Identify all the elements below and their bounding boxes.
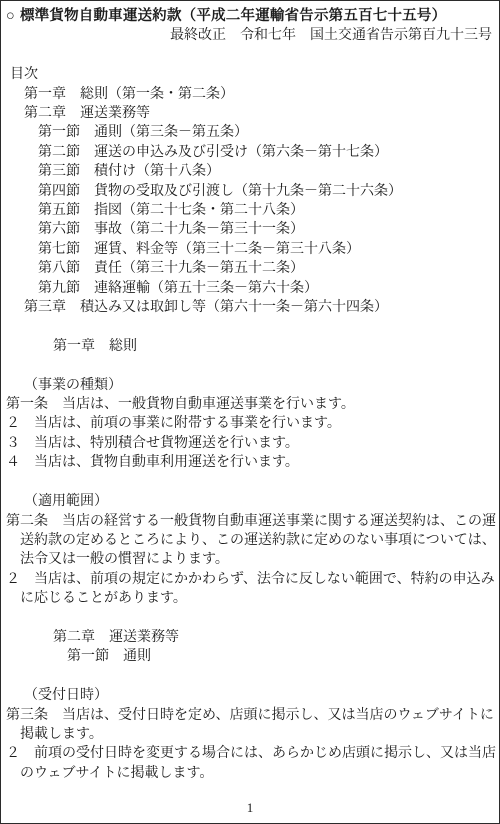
toc-item: 第七節 運賃、料金等（第三十二条－第三十八条）: [38, 240, 499, 259]
text-line: 第二章 運送業務等: [53, 628, 499, 647]
text-line: 第一節 通則: [67, 647, 499, 666]
title-text: 標準貨物自動車運送約款（平成二年運輸省告示第五百七十五号）: [20, 8, 446, 24]
paragraph: ２ 当店は、前項の規定にかかわらず、法令に反しない範囲で、特約の申込みに応じるこ…: [6, 570, 499, 609]
title-circle-marker: ○: [6, 7, 15, 26]
toc-item: 第三節 積付け（第十八条）: [38, 162, 499, 181]
text-line: （適用範囲）: [24, 492, 499, 511]
caption: （事業の種類）: [6, 376, 499, 395]
text-line: （受付日時）: [24, 686, 499, 705]
paragraph: ３ 当店は、特別積合せ貨物運送を行います。: [6, 434, 499, 453]
page-number: 1: [1, 798, 499, 817]
chapter-heading: 第一章 総則: [6, 337, 499, 356]
text-line: 第二条 当店の経営する一般貨物自動車運送事業に関する運送契約は、この運: [6, 512, 499, 531]
text-line: ３ 当店は、特別積合せ貨物運送を行います。: [6, 434, 499, 453]
document-title: ○標準貨物自動車運送約款（平成二年運輸省告示第五百七十五号）: [6, 7, 499, 26]
article: 第二条 当店の経営する一般貨物自動車運送事業に関する運送契約は、この運送約款の定…: [6, 512, 499, 570]
toc-item: 第二節 運送の申込み及び引受け（第六条－第十七条）: [38, 143, 499, 162]
toc-item: 第三章 積込み又は取卸し等（第六十一条－第六十四条）: [24, 298, 499, 317]
text-line: ４ 当店は、貨物自動車利用運送を行います。: [6, 453, 499, 472]
caption: （受付日時）: [6, 686, 499, 705]
document-body: 第一章 総則（事業の種類）第一条 当店は、一般貨物自動車運送事業を行います。２ …: [6, 337, 499, 783]
toc-items: 第一章 総則（第一条・第二条）第二章 運送業務等第一節 通則（第三条－第五条）第…: [6, 85, 499, 318]
text-line: に応じることがあります。: [20, 589, 499, 608]
toc-item: 第四節 貨物の受取及び引渡し（第十九条－第二十六条）: [38, 182, 499, 201]
document-page: ○標準貨物自動車運送約款（平成二年運輸省告示第五百七十五号） 最終改正 令和七年…: [0, 0, 500, 824]
toc-item: 第二章 運送業務等: [24, 104, 499, 123]
text-line: 第一章 総則: [53, 337, 499, 356]
text-line: ２ 当店は、前項の規定にかかわらず、法令に反しない範囲で、特約の申込み: [6, 570, 499, 589]
toc-item: 第一節 通則（第三条－第五条）: [38, 123, 499, 142]
toc-heading: 目次: [10, 65, 499, 84]
toc-item: 第五節 指図（第二十七条・第二十八条）: [38, 201, 499, 220]
toc-item: 第八節 責任（第三十九条－第五十二条）: [38, 259, 499, 278]
table-of-contents: 目次 第一章 総則（第一条・第二条）第二章 運送業務等第一節 通則（第三条－第五…: [6, 65, 499, 317]
toc-item: 第九節 連絡運輸（第五十三条－第六十条）: [38, 279, 499, 298]
section-heading: 第一節 通則: [6, 647, 499, 666]
text-line: のウェブサイトに掲載します。: [20, 764, 499, 783]
text-line: ２ 前項の受付日時を変更する場合には、あらかじめ店頭に掲示し、又は当店: [6, 744, 499, 763]
paragraph: ２ 当店は、前項の事業に附帯する事業を行います。: [6, 414, 499, 433]
text-line: 掲載します。: [20, 725, 499, 744]
article: 第一条 当店は、一般貨物自動車運送事業を行います。: [6, 395, 499, 414]
text-line: （事業の種類）: [24, 376, 499, 395]
revision-note: 最終改正 令和七年 国土交通省告示第百九十三号: [6, 26, 499, 45]
article: 第三条 当店は、受付日時を定め、店頭に掲示し、又は当店のウェブサイトに掲載します…: [6, 706, 499, 745]
text-line: 法令又は一般の慣習によります。: [20, 550, 499, 569]
caption: （適用範囲）: [6, 492, 499, 511]
text-line: 第三条 当店は、受付日時を定め、店頭に掲示し、又は当店のウェブサイトに: [6, 706, 499, 725]
paragraph: ４ 当店は、貨物自動車利用運送を行います。: [6, 453, 499, 472]
text-line: ２ 当店は、前項の事業に附帯する事業を行います。: [6, 414, 499, 433]
chapter-heading: 第二章 運送業務等: [6, 628, 499, 647]
toc-item: 第六節 事故（第二十九条－第三十一条）: [38, 220, 499, 239]
toc-item: 第一章 総則（第一条・第二条）: [24, 85, 499, 104]
text-line: 送約款の定めるところにより、この運送約款に定めのない事項については、: [20, 531, 499, 550]
text-line: 第一条 当店は、一般貨物自動車運送事業を行います。: [6, 395, 499, 414]
paragraph: ２ 前項の受付日時を変更する場合には、あらかじめ店頭に掲示し、又は当店のウェブサ…: [6, 744, 499, 783]
